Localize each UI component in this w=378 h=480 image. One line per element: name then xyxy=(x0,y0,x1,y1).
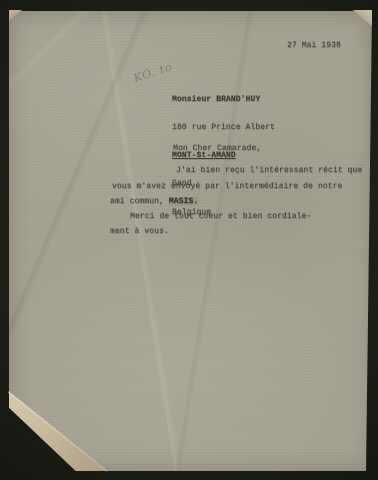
letter-date: 27 Mai 1938 xyxy=(287,41,341,50)
friend-name: MASIS. xyxy=(169,197,198,206)
body-line-1: J'ai bien reçu l'intéressant récit que xyxy=(176,166,362,175)
body-line-2: vous m'avez envoyé par l'intermédiaire d… xyxy=(112,182,342,191)
scan-background: { "letter": { "date": "27 Mai 1938", "pe… xyxy=(0,0,378,480)
recipient-street: 180 rue Prince Albert xyxy=(172,123,275,132)
body-line-3: ami commun, MASIS. xyxy=(110,197,198,206)
body-line-3-text: ami commun, xyxy=(110,197,169,206)
body-line-5: ment à vous. xyxy=(110,227,169,236)
body-line-4: Merci de tout coeur et bien cordiale- xyxy=(130,212,311,221)
recipient-name: Monsieur BRAND'HUY xyxy=(172,95,275,104)
salutation: Mon Cher Camarade, xyxy=(173,144,261,153)
